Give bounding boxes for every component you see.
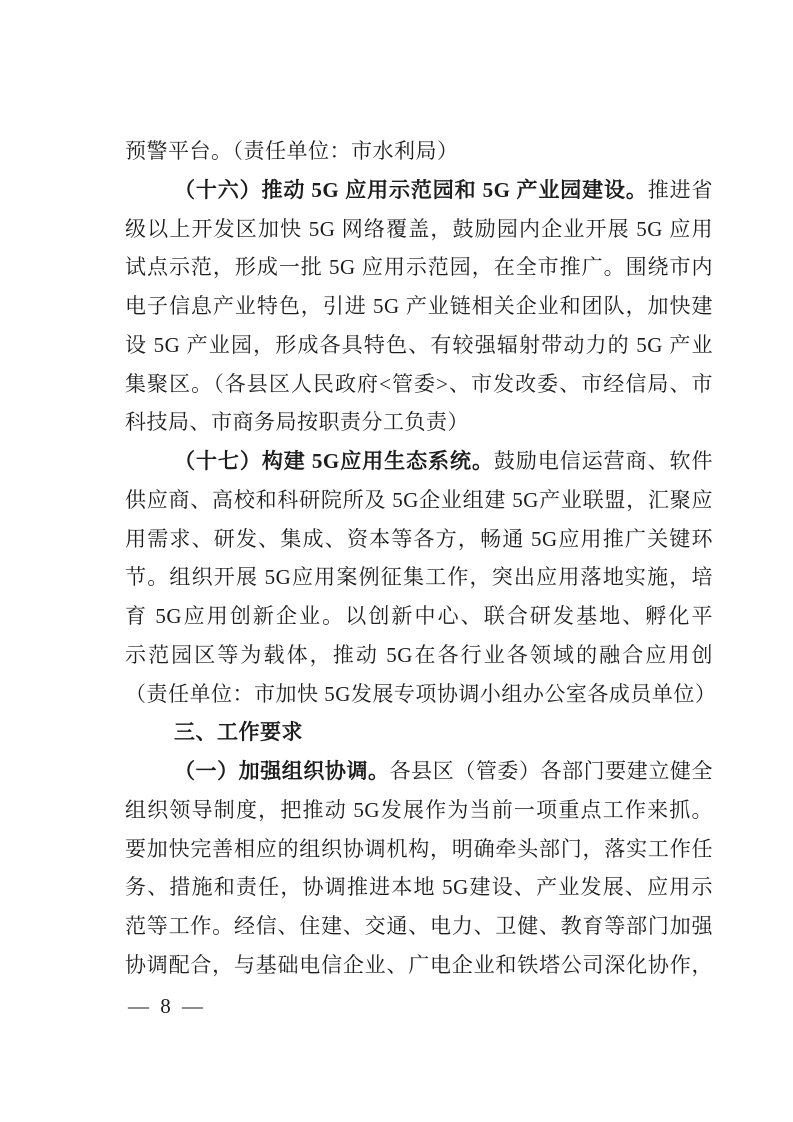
text-line: 范等工作。经信、住建、交通、电力、卫健、教育等部门加强 — [125, 907, 713, 946]
text-line: 用需求、研发、集成、资本等各方，畅通 5G应用推广关键环 — [125, 520, 713, 559]
text-line-regular-segment: 组织领导制度，把推动 5G发展作为当前一项重点工作来抓。 — [125, 798, 713, 822]
text-line-regular-segment: 集聚区。（各县区人民政府<管委>、市发改委、市经信局、市 — [125, 372, 713, 396]
text-line-regular-segment: 试点示范，形成一批 5G 应用示范园，在全市推广。围绕市内 — [125, 255, 713, 279]
text-line-regular-segment: 鼓励电信运营商、软件 — [494, 449, 713, 473]
text-line: 育 5G应用创新企业。以创新中心、联合研发基地、孵化平台、 — [125, 597, 713, 636]
text-line-regular-segment: 范等工作。经信、住建、交通、电力、卫健、教育等部门加强 — [125, 914, 713, 938]
text-line-regular-segment: 协调配合，与基础电信企业、广电企业和铁塔公司深化协作， — [125, 953, 713, 977]
text-line-regular-segment: 务、措施和责任，协调推进本地 5G建设、产业发展、应用示 — [125, 875, 713, 899]
text-line: 务、措施和责任，协调推进本地 5G建设、产业发展、应用示 — [125, 868, 713, 907]
text-line: 集聚区。（各县区人民政府<管委>、市发改委、市经信局、市 — [125, 365, 713, 404]
document-page: 预警平台。（责任单位：市水利局） （十六）推动 5G 应用示范园和 5G 产业园… — [0, 0, 793, 1122]
text-line-subsection-1-heading: （一）加强组织协调。各县区（管委）各部门要建立健全 — [125, 752, 713, 791]
text-line: 协调配合，与基础电信企业、广电企业和铁塔公司深化协作， — [125, 946, 713, 985]
text-line: 节。组织开展 5G应用案例征集工作，突出应用落地实施，培 — [125, 558, 713, 597]
page-number: — 8 — — [128, 994, 206, 1019]
text-line-bold-segment: （一）加强组织协调。 — [174, 759, 390, 783]
text-line-regular-segment: 级以上开发区加快 5G 网络覆盖，鼓励园内企业开展 5G 应用 — [125, 217, 713, 241]
text-line-regular-segment: 推进省 — [648, 178, 713, 202]
text-line: 试点示范，形成一批 5G 应用示范园，在全市推广。围绕市内 — [125, 248, 713, 287]
text-line-regular-segment: 节。组织开展 5G应用案例征集工作，突出应用落地实施，培 — [125, 565, 713, 589]
text-line-section-17-heading: （十七）构建 5G应用生态系统。鼓励电信运营商、软件 — [125, 442, 713, 481]
text-line-regular-segment: 设 5G 产业园，形成各具特色、有较强辐射带动力的 5G 产业 — [125, 333, 713, 357]
text-line-regular-segment: 要加快完善相应的组织协调机构，明确牵头部门，落实工作任 — [125, 837, 713, 861]
text-line-regular-segment: 供应商、高校和科研院所及 5G企业组建 5G产业联盟，汇聚应 — [125, 488, 713, 512]
text-line: 级以上开发区加快 5G 网络覆盖，鼓励园内企业开展 5G 应用 — [125, 210, 713, 249]
text-line: 设 5G 产业园，形成各具特色、有较强辐射带动力的 5G 产业 — [125, 326, 713, 365]
text-line: 示范园区等为载体，推动 5G在各行业各领域的融合应用创新。 — [125, 636, 713, 675]
text-line-section-16-heading: （十六）推动 5G 应用示范园和 5G 产业园建设。推进省 — [125, 171, 713, 210]
text-line-regular-segment: 科技局、市商务局按职责分工负责） — [125, 410, 469, 434]
text-line-regular-segment: 电子信息产业特色，引进 5G 产业链相关企业和团队，加快建 — [125, 294, 713, 318]
text-line-regular-segment: 用需求、研发、集成、资本等各方，畅通 5G应用推广关键环 — [125, 527, 713, 551]
text-line-regular-segment: 育 5G应用创新企业。以创新中心、联合研发基地、孵化平台、 — [125, 604, 713, 636]
text-line-regular-segment: 预警平台。（责任单位：市水利局） — [125, 139, 459, 163]
text-line-regular-segment: 示范园区等为载体，推动 5G在各行业各领域的融合应用创新。 — [125, 643, 713, 675]
text-line: 组织领导制度，把推动 5G发展作为当前一项重点工作来抓。 — [125, 791, 713, 830]
text-line-bold-segment: （十六）推动 5G 应用示范园和 5G 产业园建设。 — [174, 178, 648, 202]
text-line: （责任单位：市加快 5G发展专项协调小组办公室各成员单位） — [125, 675, 713, 714]
text-line-bold-segment: 三、工作要求 — [174, 720, 303, 744]
text-line: 科技局、市商务局按职责分工负责） — [125, 403, 713, 442]
text-line-section-3-heading: 三、工作要求 — [125, 713, 713, 752]
text-line-regular-segment: 各县区（管委）各部门要建立健全 — [390, 759, 713, 783]
text-line-bold-segment: （十七）构建 5G应用生态系统。 — [174, 449, 494, 473]
document-body: 预警平台。（责任单位：市水利局） （十六）推动 5G 应用示范园和 5G 产业园… — [125, 132, 713, 985]
text-line: 预警平台。（责任单位：市水利局） — [125, 132, 713, 171]
text-line: 要加快完善相应的组织协调机构，明确牵头部门，落实工作任 — [125, 830, 713, 869]
text-line: 供应商、高校和科研院所及 5G企业组建 5G产业联盟，汇聚应 — [125, 481, 713, 520]
text-line-regular-segment: （责任单位：市加快 5G发展专项协调小组办公室各成员单位） — [125, 682, 713, 706]
text-line: 电子信息产业特色，引进 5G 产业链相关企业和团队，加快建 — [125, 287, 713, 326]
